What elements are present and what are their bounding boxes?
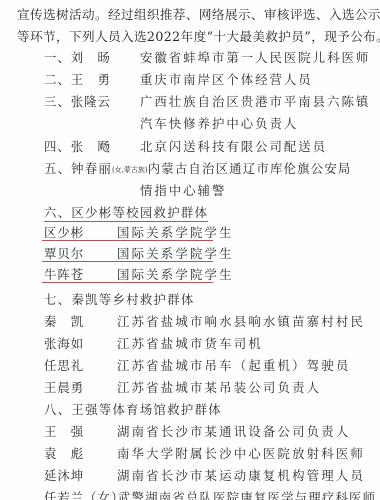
member-desc: 南华大学附属长沙中心医院放射科医师 <box>117 444 365 462</box>
awardee-desc: 重庆市南岸区个体经营人员 <box>140 70 313 88</box>
group6-member-row: 区少彬 国际关系学院学生 <box>42 222 213 241</box>
member-desc: 国际关系学院学生 <box>117 265 234 283</box>
member-desc: 国际关系学院学生 <box>117 223 234 241</box>
member-name: 秦 凯 <box>44 312 84 330</box>
awardee-desc-cont: 情指中心辅警 <box>140 181 226 199</box>
document-page: 宣传选树活动。经过组织推荐、网络展示、审核评选、入选公示 等环节，下列人员入选2… <box>0 0 380 500</box>
awardee-desc: 安徽省蚌埠市第一人民医院儿科医师 <box>140 48 370 66</box>
intro-line-1: 宣传选树活动。经过组织推荐、网络展示、审核评选、入选公示 <box>17 4 380 23</box>
intro-line-2: 等环节，下列人员入选2022年度“十大最美救护员”，现予公布。 <box>17 26 380 45</box>
group6-member-row: 覃贝尔 国际关系学院学生 <box>42 243 213 262</box>
member-desc: 武警湖南省总队医院康复医学与理疗科医师 <box>118 488 376 500</box>
member-name: 覃贝尔 <box>44 244 84 262</box>
member-name: 区少彬 <box>44 223 84 241</box>
awardee-name: 五、钟春丽(女,蒙古族)内蒙古自治区通辽市库伦旗公安局 <box>44 159 352 177</box>
group-heading-7: 七、秦凯等乡村救护群体 <box>44 290 195 308</box>
group-heading-text: 六、区少彬等校园救护群体 <box>44 205 208 222</box>
awardee-name: 三、张隆云 <box>44 92 111 110</box>
member-desc: 江苏省盐城市响水县响水镇苗寨村村民 <box>117 312 365 330</box>
member-desc: 国际关系学院学生 <box>117 244 234 262</box>
member-name: 张海如 <box>44 334 84 352</box>
group-heading-6: 六、区少彬等校园救护群体 <box>44 203 208 221</box>
member-desc: 江苏省盐城市某吊装公司负责人 <box>117 378 321 396</box>
awardee-desc: 内蒙古自治区通辽市库伦旗公安局 <box>148 161 352 176</box>
member-name: 王 强 <box>44 422 84 440</box>
member-name: 任思礼 <box>44 356 84 374</box>
member-name: 王晨勇 <box>44 378 84 396</box>
member-name: 袁 彪 <box>44 444 84 462</box>
member-desc: 江苏省盐城市货车司机 <box>117 334 263 352</box>
awardee-name: 四、张 飏 <box>44 137 111 155</box>
member-name: 牛阵苍 <box>44 265 84 283</box>
awardee-desc: 北京闪送科技有限公司配送员 <box>140 137 327 155</box>
awardee-name-text: 五、钟春丽 <box>44 161 112 176</box>
awardee-name: 二、王 勇 <box>44 70 111 88</box>
group6-member-row: 牛阵苍 国际关系学院学生 <box>42 264 213 283</box>
awardee-note: (女,蒙古族) <box>112 166 148 174</box>
awardee-desc-cont: 汽车快修养护中心负责人 <box>140 114 298 132</box>
group-heading-8: 八、王强等体育场馆救护群体 <box>44 400 222 418</box>
member-desc: 湖南省长沙市某通讯设备公司负责人 <box>117 422 350 440</box>
member-name: 任若兰（女） <box>44 488 124 500</box>
awardee-name: 一、刘 旸 <box>44 48 111 66</box>
member-desc: 江苏省盐城市吊车（起重机）驾驶员 <box>117 356 350 374</box>
member-name: 延沐坤 <box>44 466 84 484</box>
member-desc: 湖南省长沙市某运动康复机构管理人员 <box>117 466 365 484</box>
awardee-desc: 广西壮族自治区贵港市平南县六陈镇 <box>140 92 370 110</box>
